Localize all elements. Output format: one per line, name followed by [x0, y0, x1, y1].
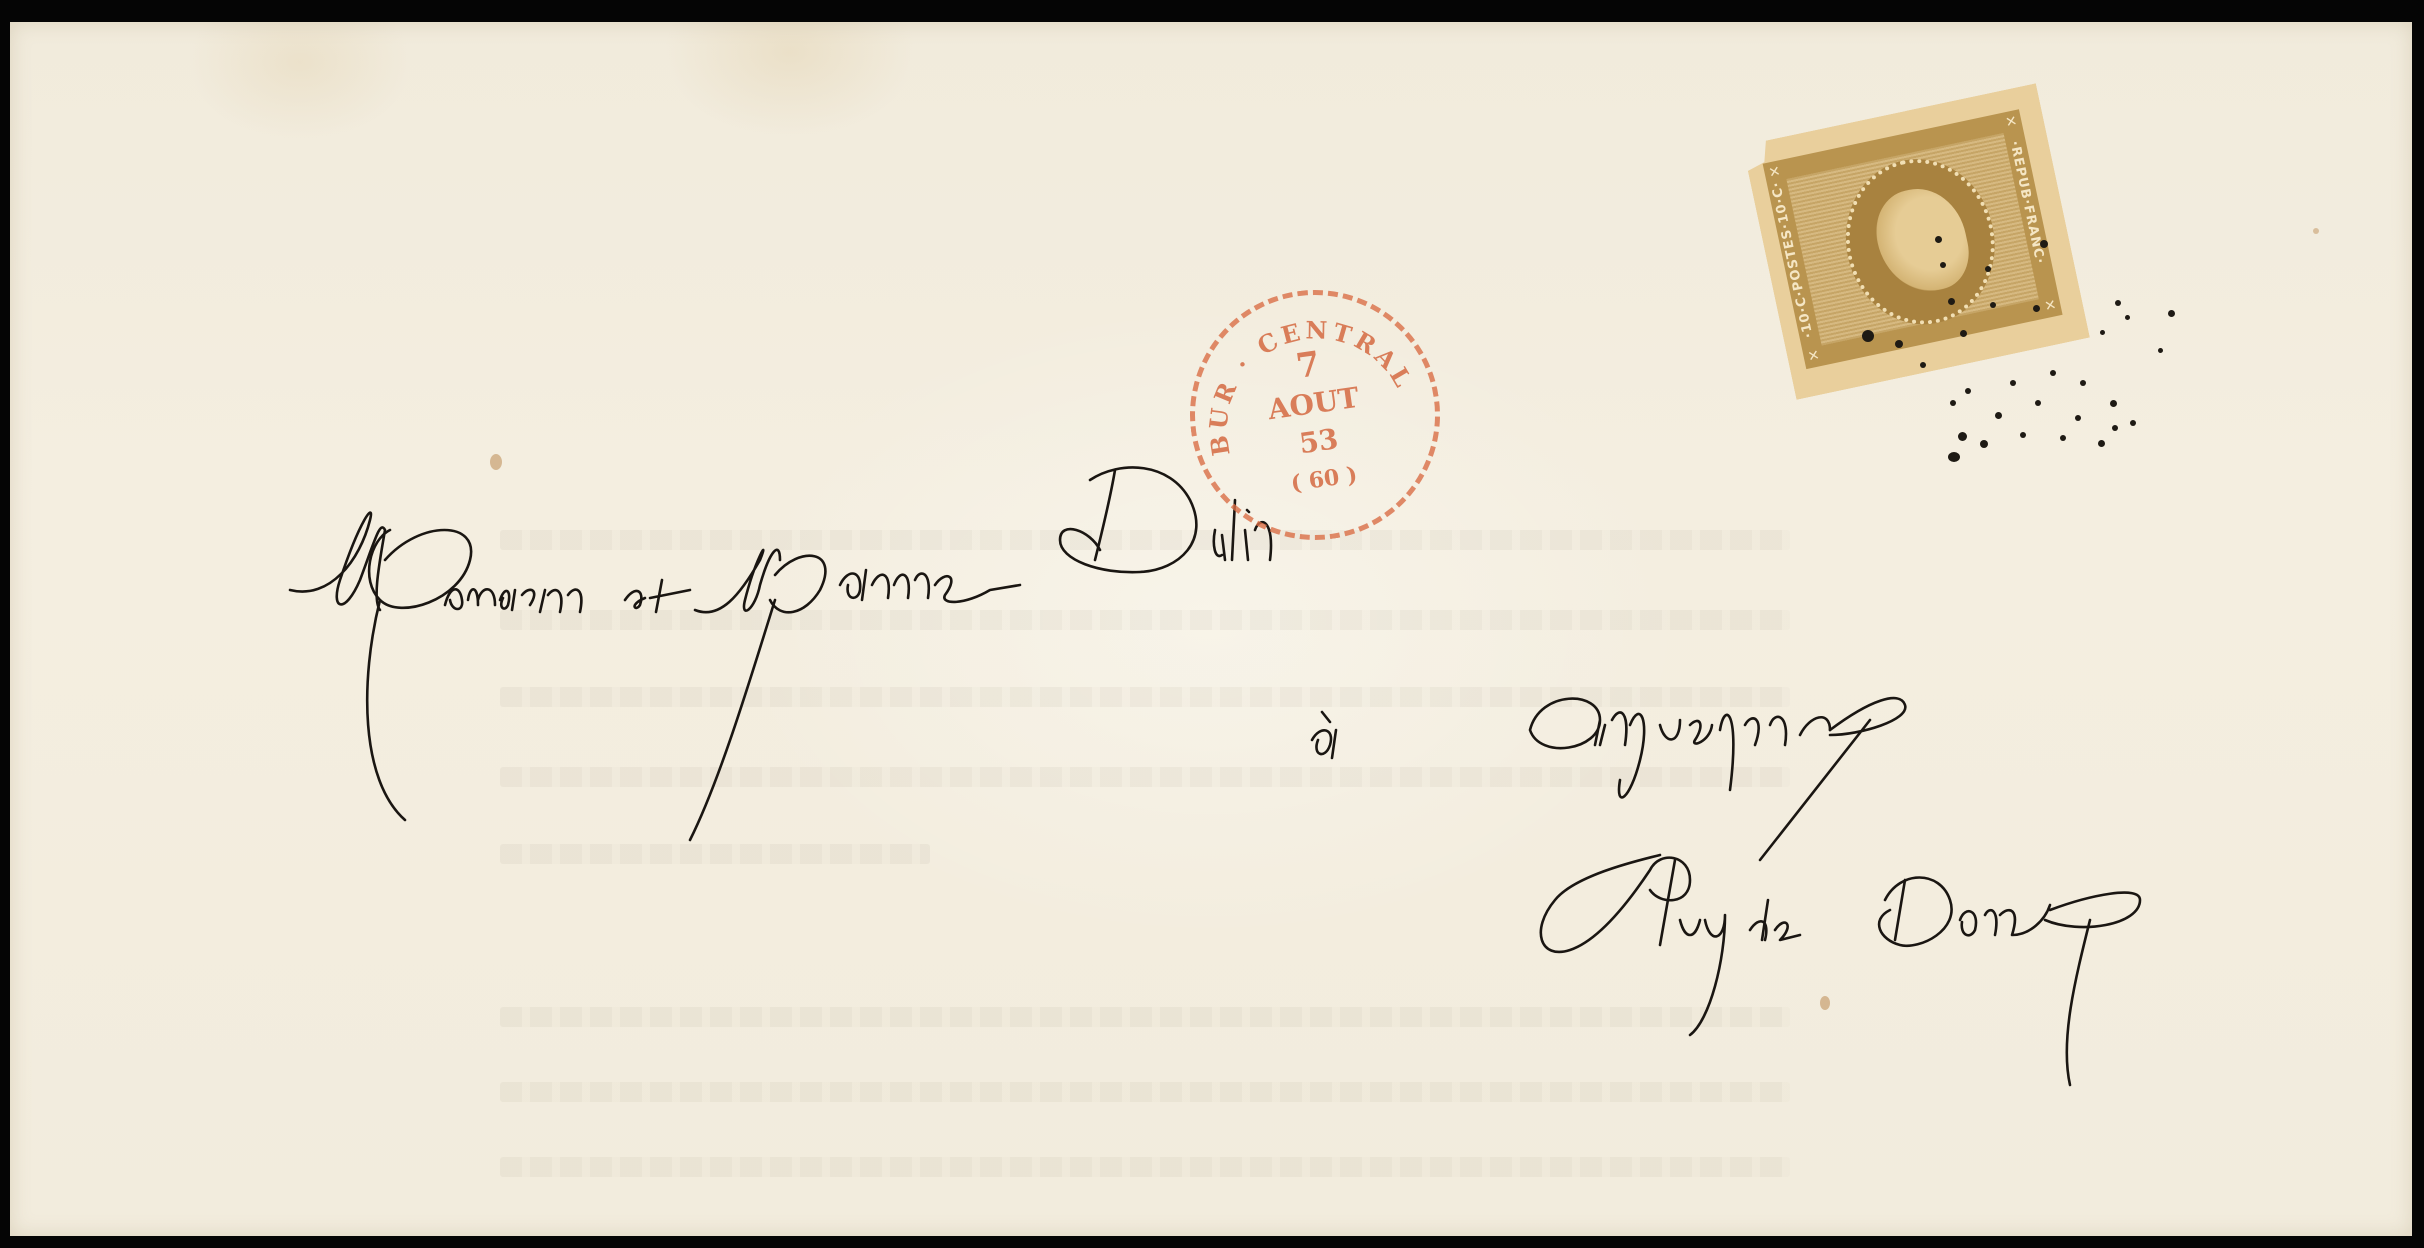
stamp-frame: ✕ ✕ ✕ ✕ ·10·C·POSTES·10·C· ·REPUB·FRANC· [1763, 109, 2063, 369]
address-line-3: Puy de Dome [1550, 880, 1557, 881]
stamp-portrait-medallion [1831, 145, 2010, 338]
address-line-2: à Aigueperse [1310, 720, 1317, 721]
portrait-head-icon [1868, 180, 1976, 300]
address-line-1: Monsieur et Madame Dulin [290, 560, 304, 561]
corner-cross-icon: ✕ [1803, 346, 1824, 367]
corner-cross-icon: ✕ [2040, 295, 2061, 316]
corner-cross-icon: ✕ [2001, 111, 2022, 132]
postmark-cds: BUR · CENTRAL 7 AOUT 53 ( 60 ) [1174, 274, 1456, 556]
